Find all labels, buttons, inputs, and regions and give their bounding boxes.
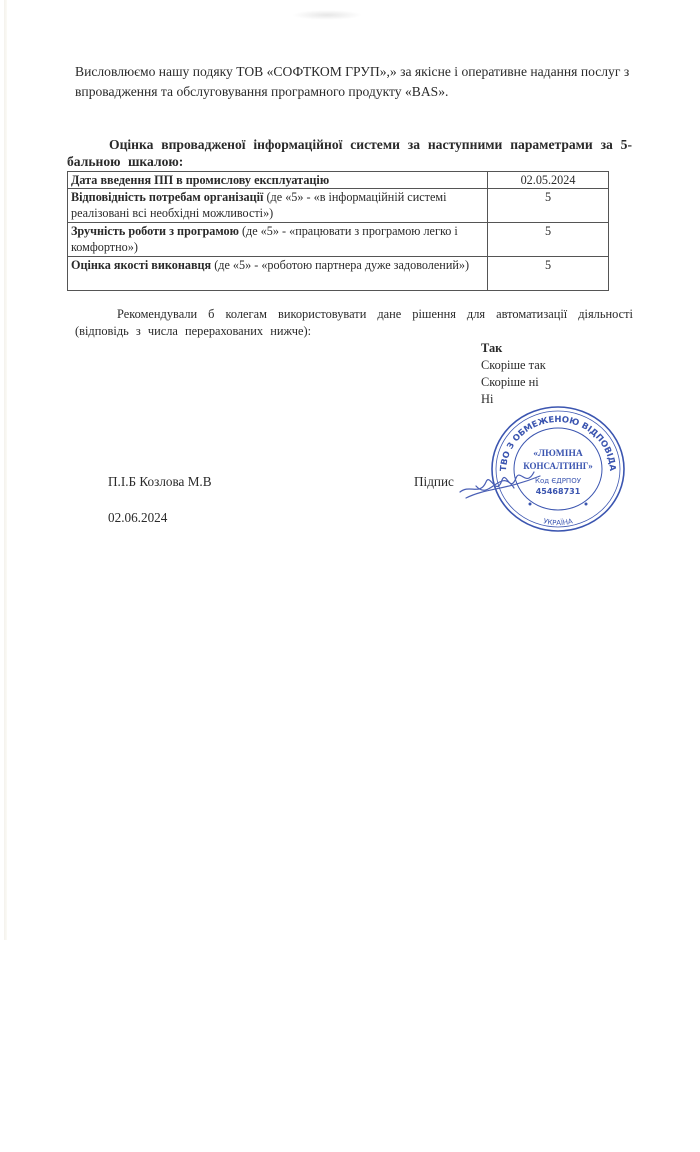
rating-value: 02.05.2024	[488, 172, 609, 189]
answer-options: Так Скоріше так Скоріше ні Ні	[481, 340, 546, 408]
criterion-cell: Дата введення ПП в промислову експлуатац…	[68, 172, 488, 189]
document-date: 02.06.2024	[108, 510, 167, 526]
signer-name: П.І.Б Козлова М.В	[108, 474, 212, 490]
svg-text:УКРАЇНА: УКРАЇНА	[542, 517, 573, 527]
criterion-title: Дата введення ПП в промислову експлуатац…	[71, 173, 329, 187]
criterion-description: (де «5» - «роботою партнера дуже задовол…	[211, 258, 469, 272]
criterion-title: Оцінка якості виконавця	[71, 258, 211, 272]
intro-paragraph: Висловлюємо нашу подяку ТОВ «СОФТКОМ ГРУ…	[75, 62, 635, 102]
signature-label: Підпис	[414, 474, 454, 490]
criterion-title: Зручність роботи з програмою	[71, 224, 239, 238]
option-yes: Так	[481, 340, 546, 357]
rating-value: 5	[488, 223, 609, 257]
rating-heading: Оцінка впровадженої інформаційної систем…	[67, 136, 632, 170]
rating-value: 5	[488, 257, 609, 291]
recommend-paragraph: Рекомендували б колегам використовувати …	[75, 306, 633, 340]
table-row: Оцінка якості виконавця (де «5» - «робот…	[68, 257, 609, 291]
option-rather-yes: Скоріше так	[481, 357, 546, 374]
rating-value: 5	[488, 189, 609, 223]
table-row: Дата введення ПП в промислову експлуатац…	[68, 172, 609, 189]
rating-table: Дата введення ПП в промислову експлуатац…	[67, 171, 609, 291]
criterion-cell: Оцінка якості виконавця (де «5» - «робот…	[68, 257, 488, 291]
scan-bleed-through	[292, 10, 362, 20]
criterion-cell: Відповідність потребам організації (де «…	[68, 189, 488, 223]
criterion-title: Відповідність потребам організації	[71, 190, 263, 204]
table-row: Зручність роботи з програмою (де «5» - «…	[68, 223, 609, 257]
table-row: Відповідність потребам організації (де «…	[68, 189, 609, 223]
option-rather-no: Скоріше ні	[481, 374, 546, 391]
scan-page-edge	[4, 0, 7, 940]
criterion-cell: Зручність роботи з програмою (де «5» - «…	[68, 223, 488, 257]
handwritten-signature-icon	[456, 458, 546, 508]
